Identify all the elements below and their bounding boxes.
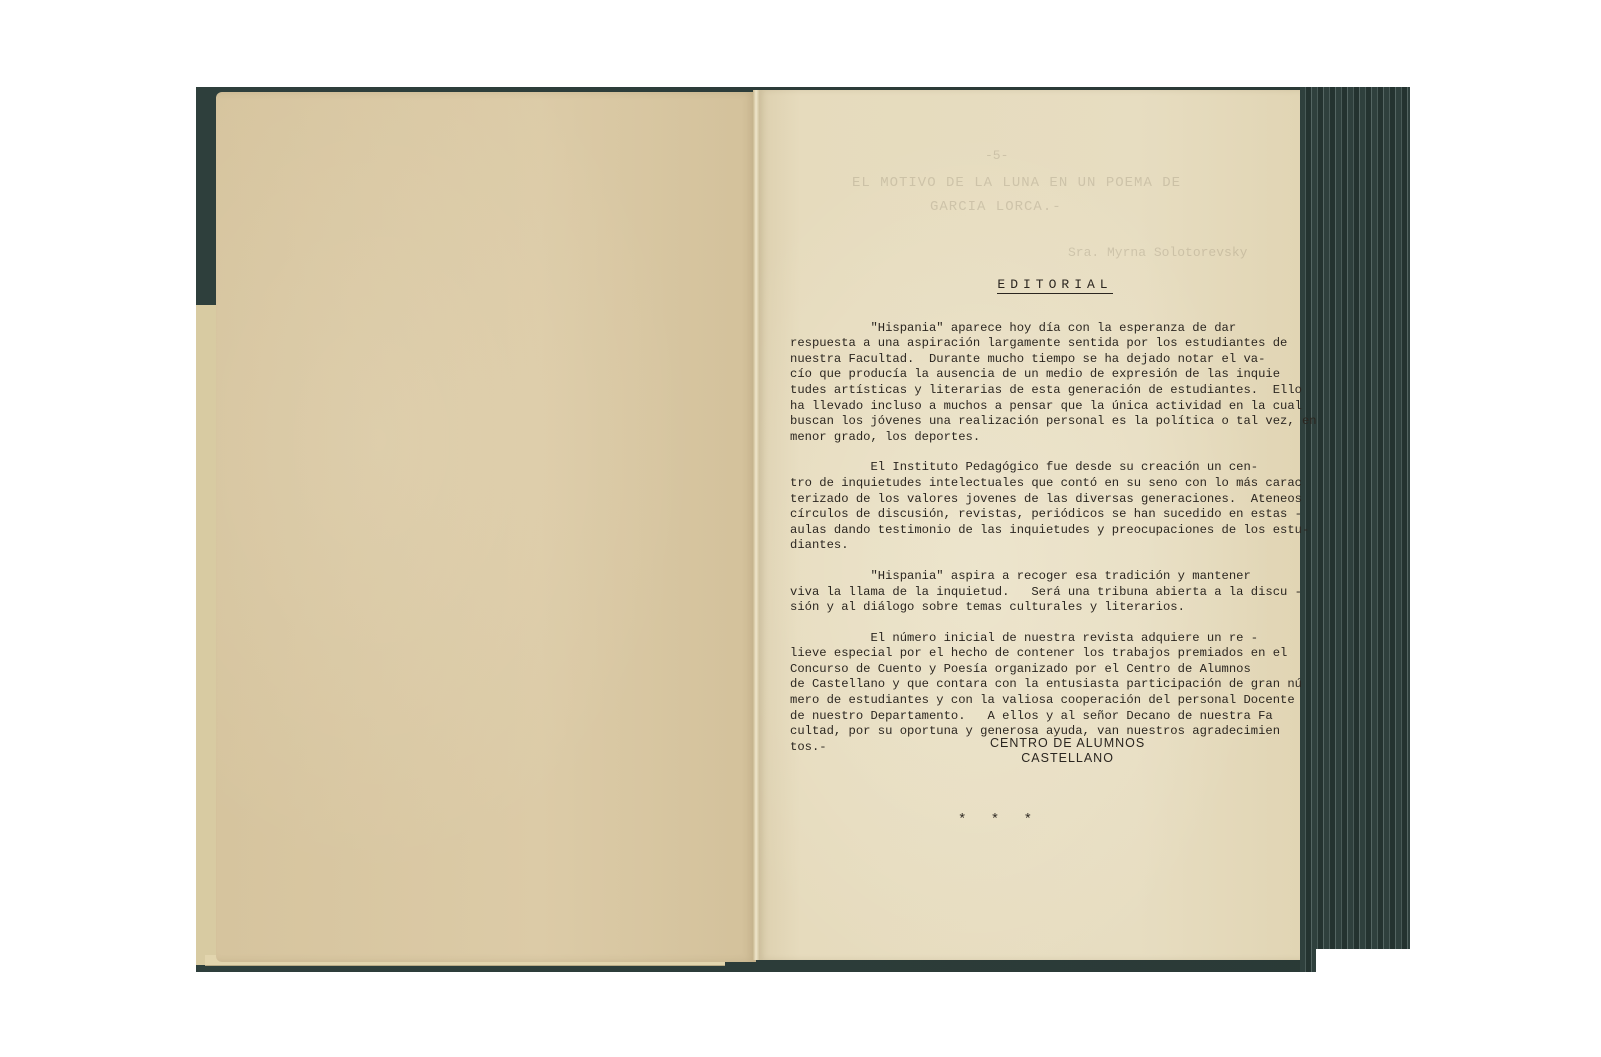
paragraph-2: El Instituto Pedagógico fue desde su cre…: [790, 460, 1260, 554]
left-page-blank: [216, 92, 756, 962]
signature-line2: CASTELLANO: [990, 751, 1145, 766]
bleed-through-title-line2: GARCIA LORCA.-: [930, 199, 1062, 215]
paragraph-3: "Hispania" aspira a recoger esa tradició…: [790, 569, 1260, 616]
bleed-through-page-number: -5-: [985, 148, 1008, 163]
heading-text: EDITORIAL: [997, 277, 1112, 294]
signature-block: CENTRO DE ALUMNOS CASTELLANO: [990, 736, 1145, 766]
paragraph-1: "Hispania" aparece hoy día con la espera…: [790, 321, 1260, 446]
signature-line1: CENTRO DE ALUMNOS: [990, 736, 1145, 751]
bleed-through-author: Sra. Myrna Solotorevsky: [1068, 245, 1247, 260]
editorial-heading: EDITORIAL: [850, 277, 1260, 293]
bleed-through-title-line1: EL MOTIVO DE LA LUNA EN UN POEMA DE: [852, 175, 1181, 191]
section-separator: * * *: [958, 812, 1040, 828]
editorial-text: EDITORIAL "Hispania" aparece hoy día con…: [790, 277, 1260, 770]
background-gap: [1316, 949, 1416, 979]
page-stack-edge: [1300, 87, 1410, 972]
book-gutter: [753, 90, 759, 960]
